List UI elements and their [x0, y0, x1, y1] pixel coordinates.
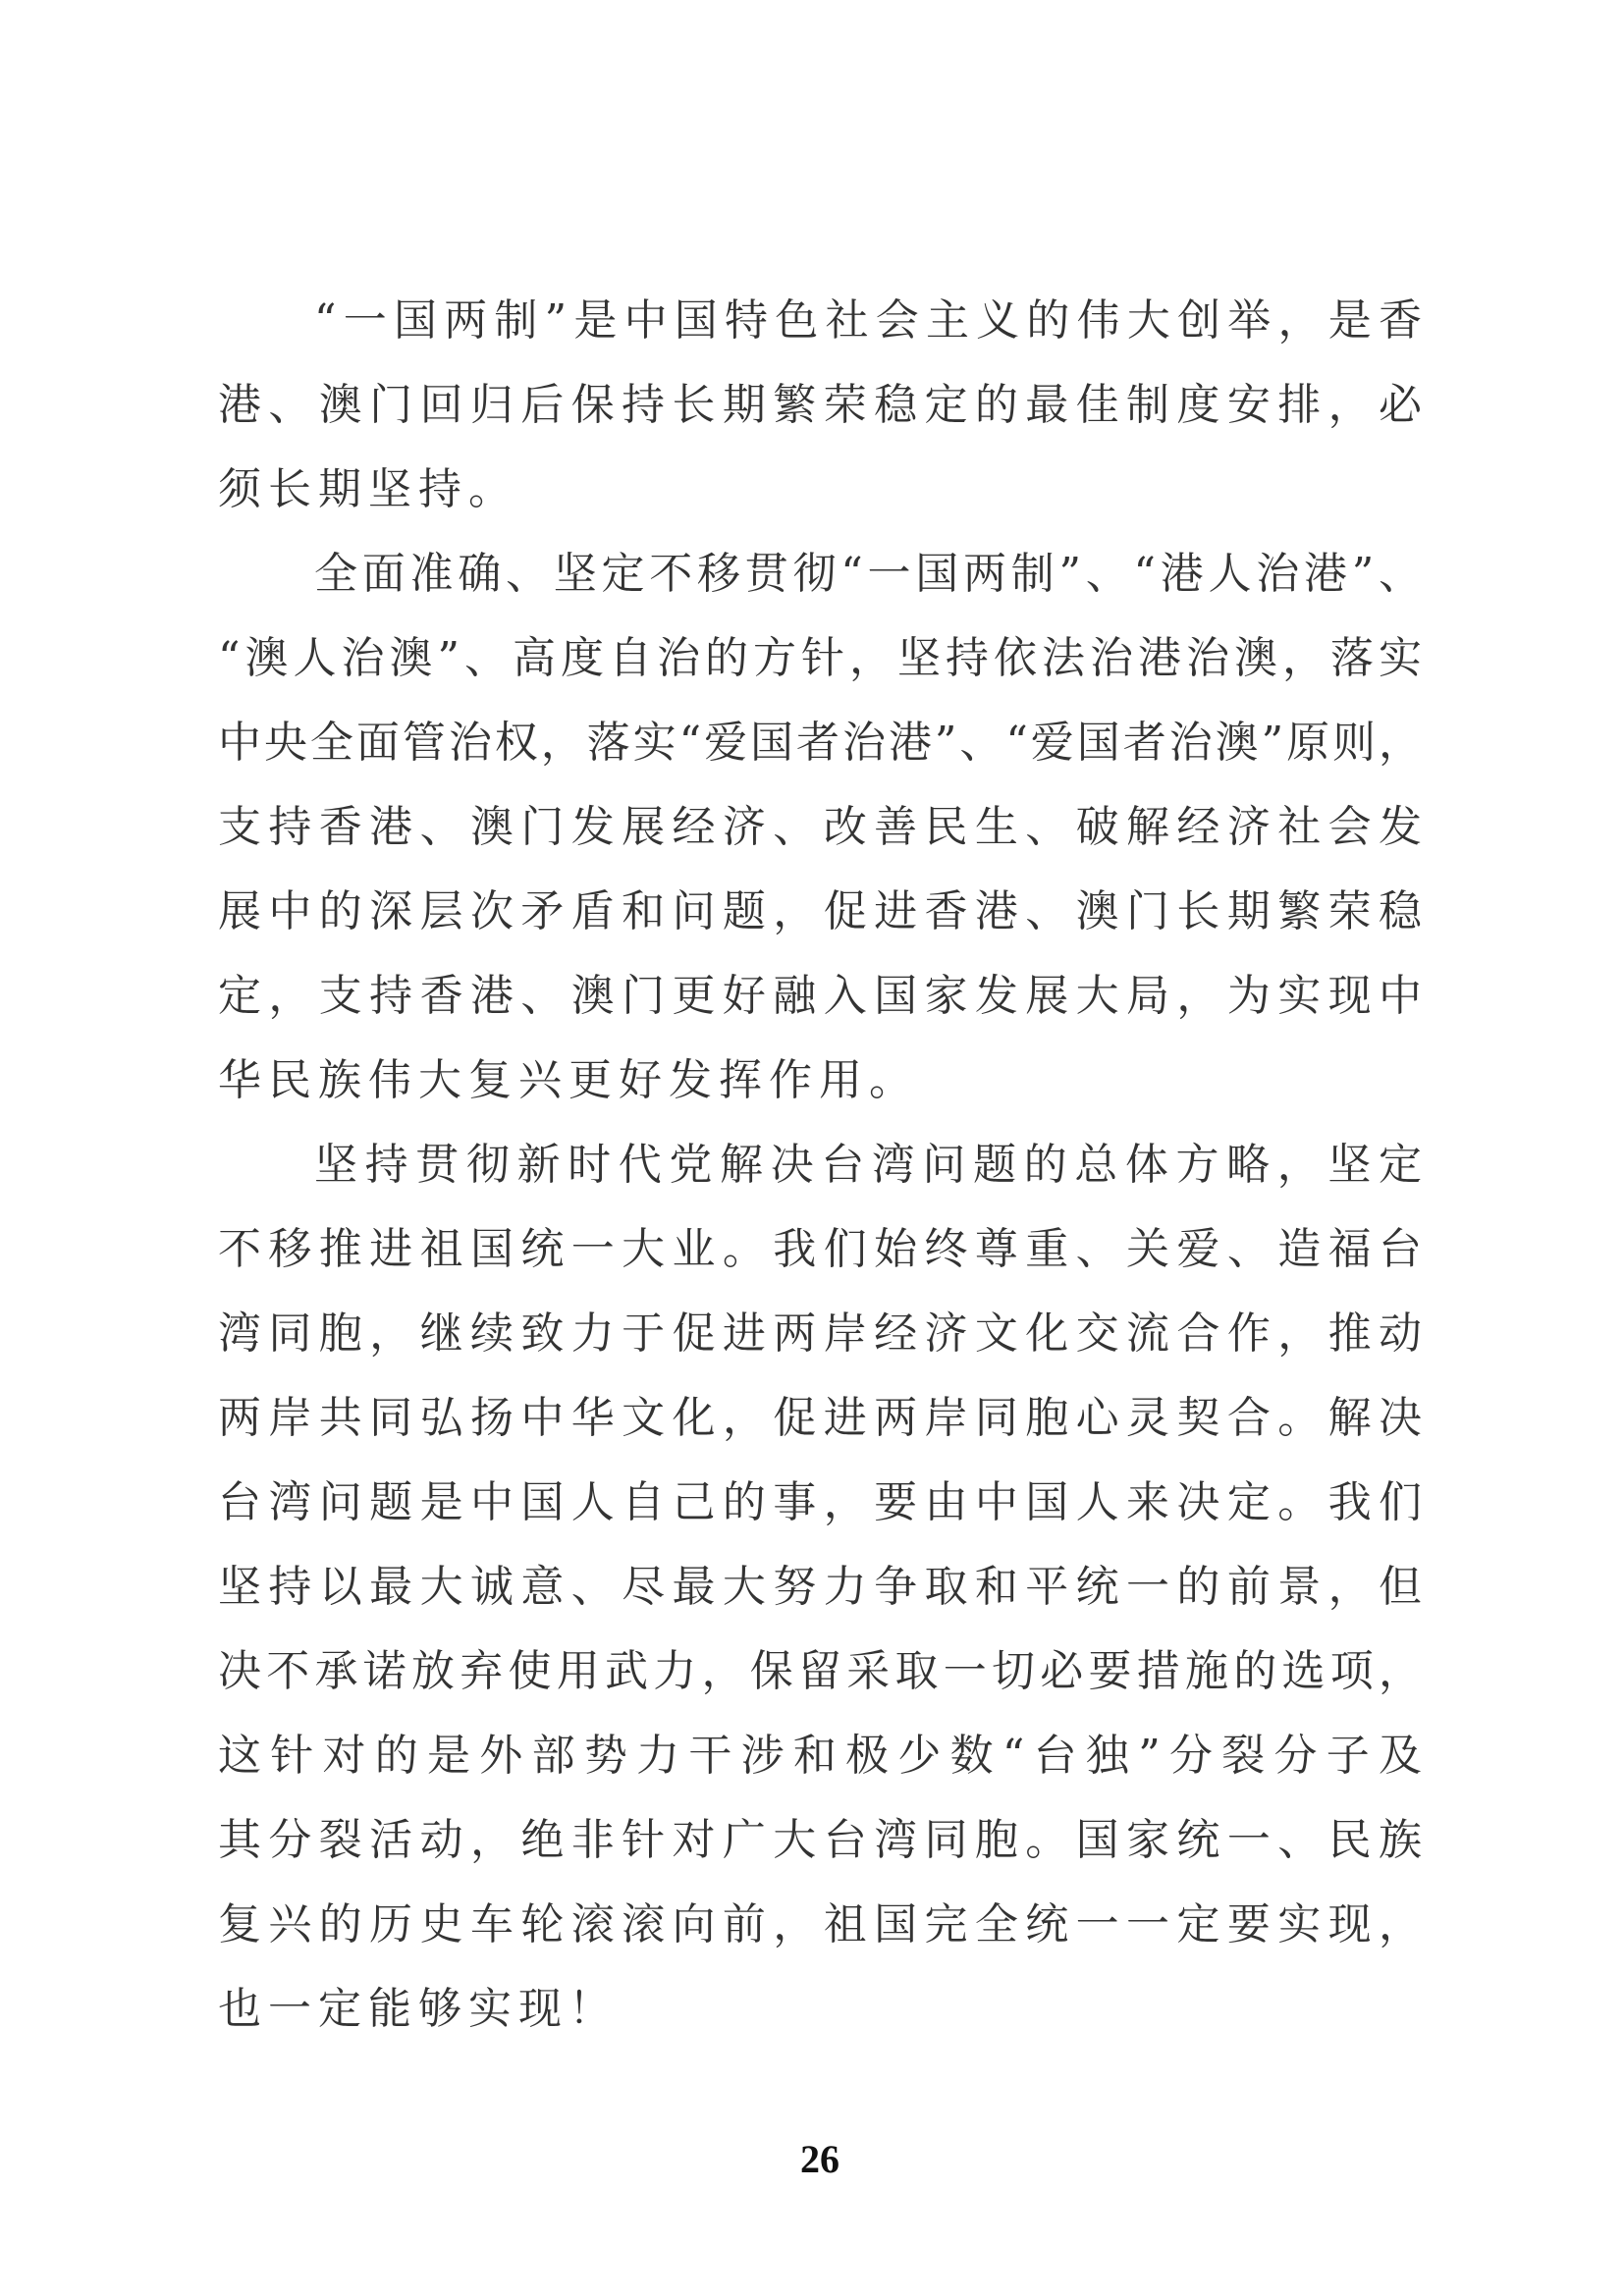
paragraph-3-line-10: 复兴的历史车轮滚滚向前，祖国完全统一一定要实现， — [218, 1895, 1422, 1979]
paragraph-2-line-4: 支持香港、澳门发展经济、改善民生、破解经济社会发 — [218, 797, 1422, 881]
paragraph-2-line-6: 定，支持香港、澳门更好融入国家发展大局，为实现中 — [218, 966, 1422, 1050]
paragraph-3-line-11: 也一定能够实现！ — [218, 1979, 1422, 2063]
paragraph-3-line-5: 台湾问题是中国人自己的事，要由中国人来决定。我们 — [218, 1472, 1422, 1557]
document-page: “一国两制”是中国特色社会主义的伟大创举，是香 港、澳门回归后保持长期繁荣稳定的… — [0, 0, 1624, 2296]
paragraph-1-line-3: 须长期坚持。 — [218, 459, 1422, 544]
paragraph-1-line-2: 港、澳门回归后保持长期繁荣稳定的最佳制度安排，必 — [218, 375, 1422, 459]
paragraph-3-line-4: 两岸共同弘扬中华文化，促进两岸同胞心灵契合。解决 — [218, 1388, 1422, 1472]
paragraph-3-line-9: 其分裂活动，绝非针对广大台湾同胞。国家统一、民族 — [218, 1810, 1422, 1895]
paragraph-2-line-3: 中央全面管治权，落实“爱国者治港”、“爱国者治澳”原则， — [218, 713, 1422, 797]
page-number: 26 — [0, 2136, 1624, 2182]
paragraph-2-line-1: 全面准确、坚定不移贯彻“一国两制”、“港人治港”、 — [218, 544, 1422, 628]
paragraph-2-line-7: 华民族伟大复兴更好发挥作用。 — [218, 1050, 1422, 1135]
paragraph-3-line-8: 这针对的是外部势力干涉和极少数“台独”分裂分子及 — [218, 1726, 1422, 1810]
paragraph-1-line-1: “一国两制”是中国特色社会主义的伟大创举，是香 — [218, 291, 1422, 375]
paragraph-2-line-2: “澳人治澳”、高度自治的方针，坚持依法治港治澳，落实 — [218, 628, 1422, 713]
paragraph-3-line-3: 湾同胞，继续致力于促进两岸经济文化交流合作，推动 — [218, 1304, 1422, 1388]
paragraph-3-line-1: 坚持贯彻新时代党解决台湾问题的总体方略，坚定 — [218, 1135, 1422, 1219]
body-text: “一国两制”是中国特色社会主义的伟大创举，是香 港、澳门回归后保持长期繁荣稳定的… — [218, 291, 1422, 2063]
paragraph-2-line-5: 展中的深层次矛盾和问题，促进香港、澳门长期繁荣稳 — [218, 881, 1422, 966]
paragraph-3-line-2: 不移推进祖国统一大业。我们始终尊重、关爱、造福台 — [218, 1219, 1422, 1304]
paragraph-3-line-6: 坚持以最大诚意、尽最大努力争取和平统一的前景，但 — [218, 1557, 1422, 1641]
paragraph-3-line-7: 决不承诺放弃使用武力，保留采取一切必要措施的选项， — [218, 1641, 1422, 1726]
